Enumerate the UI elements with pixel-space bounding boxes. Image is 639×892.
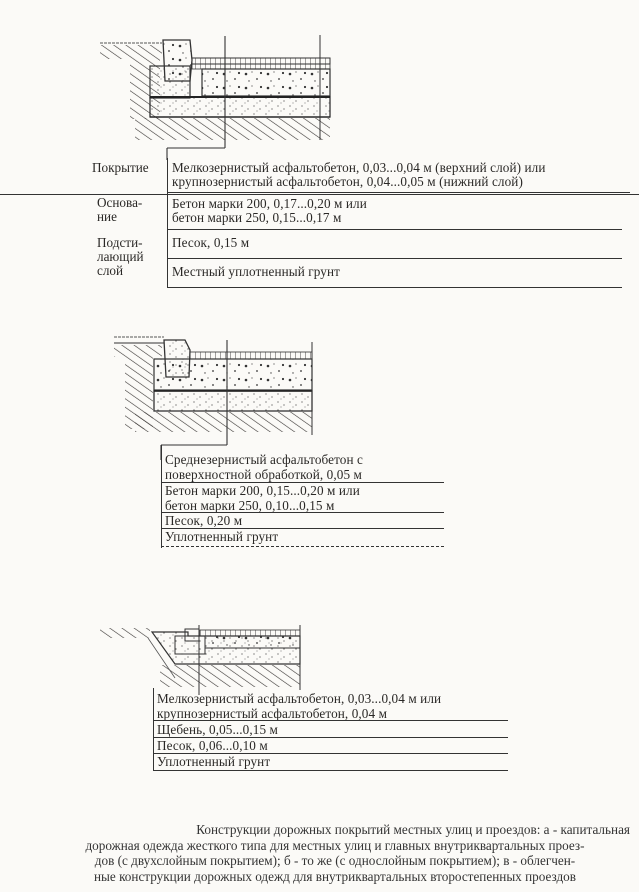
layer-a1-line1: Мелкозернистый асфальтобетон, 0,03...0,0… <box>172 161 546 175</box>
caption-line-4: ные конструкции дорожных одежд для внутр… <box>40 869 630 885</box>
label-podst-2: лающий <box>97 250 144 264</box>
figure-a-cross-section <box>0 0 639 160</box>
figure-b-cross-section <box>0 320 639 460</box>
label-osnovanie-1: Основа- <box>97 196 142 210</box>
figure-c-table-left-border <box>153 688 154 770</box>
divider <box>153 720 508 721</box>
layer-a2-line1: Бетон марки 200, 0,17...0,20 м или <box>172 197 367 211</box>
layer-b4-line1: Уплотненный грунт <box>165 530 278 544</box>
layer-c4-line1: Уплотненный грунт <box>157 755 270 769</box>
layer-c3-line1: Песок, 0,06...0,10 м <box>157 739 268 753</box>
figure-b-table-left-border <box>161 445 162 548</box>
layer-b3-line1: Песок, 0,20 м <box>165 514 242 528</box>
layer-b1-line2: поверхностной обработкой, 0,05 м <box>165 468 362 482</box>
divider <box>167 229 622 230</box>
layer-c2-line1: Щебень, 0,05...0,15 м <box>157 723 278 737</box>
layer-a2-line2: бетон марки 250, 0,15...0,17 м <box>172 211 341 225</box>
layer-b2-line2: бетон марки 250, 0,10...0,15 м <box>165 499 334 513</box>
divider <box>161 546 444 547</box>
layer-c1-line2: крупнозернистый асфальтобетон, 0,04 м <box>157 707 387 721</box>
layer-c1-line1: Мелкозернистый асфальтобетон, 0,03...0,0… <box>157 692 441 706</box>
divider <box>167 258 622 259</box>
layer-b2-line1: Бетон марки 200, 0,15...0,20 м или <box>165 484 360 498</box>
caption-line-2: дорожная одежда жесткого типа для местны… <box>40 838 630 854</box>
scan-line <box>0 194 639 195</box>
label-pokrytie: Покрытие <box>92 161 149 175</box>
layer-a4-line1: Местный уплотненный грунт <box>172 265 340 279</box>
layer-a1-line2: крупнозернистый асфальтобетон, 0,04...0,… <box>172 175 523 189</box>
figure-caption: Конструкции дорожных покрытий местных ул… <box>40 822 630 884</box>
divider <box>167 287 622 288</box>
figure-c-cross-section <box>0 620 639 695</box>
divider <box>153 770 508 771</box>
layer-a3-line1: Песок, 0,15 м <box>172 236 249 250</box>
label-podst-1: Подсти- <box>97 236 143 250</box>
label-osnovanie-2: ние <box>97 210 117 224</box>
label-podst-3: слой <box>97 264 123 278</box>
figure-a-table-left-border <box>167 158 168 288</box>
caption-line-3: дов (с двухслойным покрытием); б - то же… <box>40 853 630 869</box>
layer-b1-line1: Среднезернистый асфальтобетон с <box>165 453 363 467</box>
divider <box>167 192 630 193</box>
caption-line-1: Конструкции дорожных покрытий местных ул… <box>40 822 630 838</box>
